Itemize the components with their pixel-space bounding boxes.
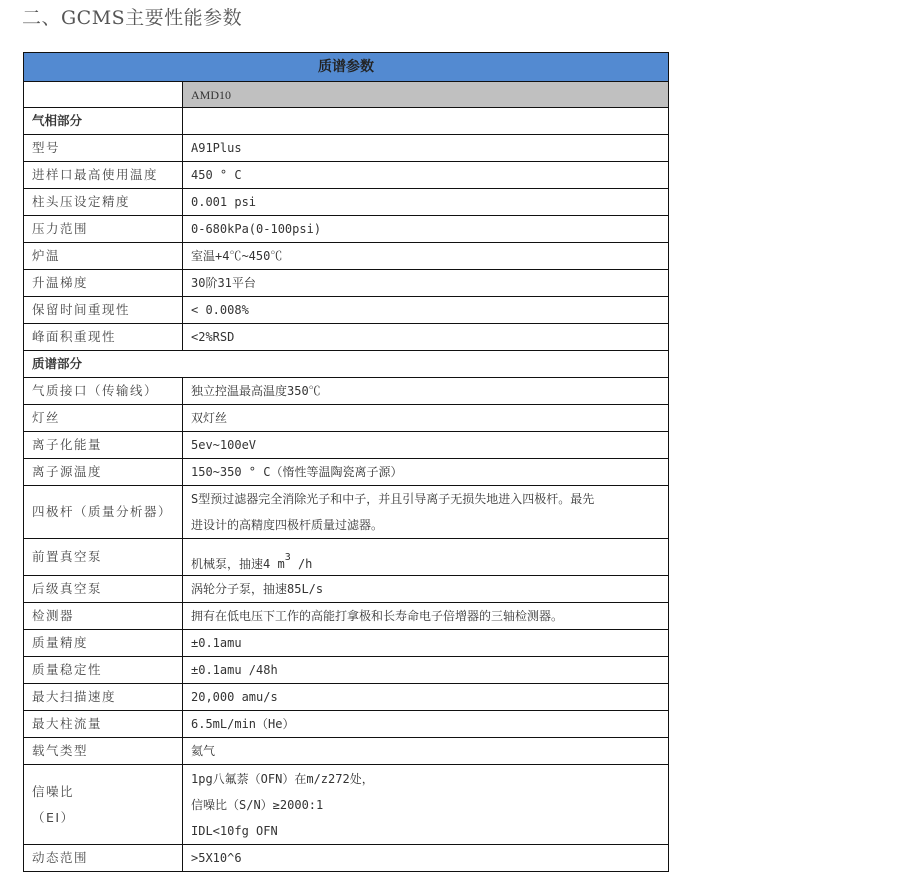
value-suffix: /h	[291, 557, 313, 571]
label-line: （EI）	[32, 805, 174, 831]
param-label: 信噪比 （EI）	[24, 765, 183, 845]
value-line: IDL<10fg OFN	[191, 818, 660, 844]
spec-table: 质谱参数 AMD10 气相部分 型号A91Plus 进样口最高使用温度450 °…	[23, 52, 669, 872]
param-label: 柱头压设定精度	[24, 189, 183, 216]
value-line: 信噪比（S/N）≥2000:1	[191, 792, 660, 818]
param-label: 保留时间重现性	[24, 297, 183, 324]
param-value: 150~350 ° C（惰性等温陶瓷离子源）	[183, 459, 669, 486]
table-header-row: 质谱参数	[24, 53, 669, 82]
param-value: 涡轮分子泵，抽速85L/s	[183, 576, 669, 603]
param-label: 升温梯度	[24, 270, 183, 297]
param-value: 1pg八氟萘（OFN）在m/z272处， 信噪比（S/N）≥2000:1 IDL…	[183, 765, 669, 845]
param-value: < 0.008%	[183, 297, 669, 324]
table-row: 检测器拥有在低电压下工作的高能打拿极和长寿命电子倍增器的三轴检测器。	[24, 603, 669, 630]
param-label: 离子化能量	[24, 432, 183, 459]
param-label: 质量精度	[24, 630, 183, 657]
param-value: 0.001 psi	[183, 189, 669, 216]
param-label: 前置真空泵	[24, 539, 183, 576]
param-label: 动态范围	[24, 845, 183, 872]
table-row: 炉温室温+4℃~450℃	[24, 243, 669, 270]
label-line: 信噪比	[32, 779, 174, 805]
param-value: S型预过滤器完全消除光子和中子，并且引导离子无损失地进入四极杆。最先 进设计的高…	[183, 486, 669, 539]
empty-cell	[183, 108, 669, 135]
table-row: 型号A91Plus	[24, 135, 669, 162]
param-label: 最大扫描速度	[24, 684, 183, 711]
param-label: 质量稳定性	[24, 657, 183, 684]
param-label: 压力范围	[24, 216, 183, 243]
table-row: 柱头压设定精度0.001 psi	[24, 189, 669, 216]
table-row: 升温梯度30阶31平台	[24, 270, 669, 297]
param-value: ±0.1amu /48h	[183, 657, 669, 684]
param-value: >5X10^6	[183, 845, 669, 872]
param-label: 进样口最高使用温度	[24, 162, 183, 189]
table-row: 离子源温度150~350 ° C（惰性等温陶瓷离子源）	[24, 459, 669, 486]
param-label: 型号	[24, 135, 183, 162]
param-value: 0-680kPa(0-100psi)	[183, 216, 669, 243]
table-row: 动态范围>5X10^6	[24, 845, 669, 872]
table-row: 前置真空泵 机械泵，抽速4 m3 /h	[24, 539, 669, 576]
param-value: 双灯丝	[183, 405, 669, 432]
param-label: 灯丝	[24, 405, 183, 432]
table-row: 峰面积重现性<2%RSD	[24, 324, 669, 351]
section-title: 质谱部分	[24, 351, 669, 378]
section-row-gc: 气相部分	[24, 108, 669, 135]
table-row: 保留时间重现性< 0.008%	[24, 297, 669, 324]
table-row: 质量精度±0.1amu	[24, 630, 669, 657]
param-value: 拥有在低电压下工作的高能打拿极和长寿命电子倍增器的三轴检测器。	[183, 603, 669, 630]
param-label: 四极杆（质量分析器）	[24, 486, 183, 539]
param-value: 机械泵，抽速4 m3 /h	[183, 539, 669, 576]
value-prefix: 机械泵，抽速4 m	[191, 557, 285, 571]
section-title: 气相部分	[24, 108, 183, 135]
model-row: AMD10	[24, 82, 669, 108]
page-title: 二、GCMS主要性能参数	[22, 4, 242, 32]
value-line: 1pg八氟萘（OFN）在m/z272处，	[191, 766, 660, 792]
section-row-ms: 质谱部分	[24, 351, 669, 378]
model-label	[24, 82, 183, 108]
param-value: A91Plus	[183, 135, 669, 162]
param-value: 6.5mL/min（He）	[183, 711, 669, 738]
table-row: 灯丝双灯丝	[24, 405, 669, 432]
param-value: 20,000 amu/s	[183, 684, 669, 711]
param-label: 检测器	[24, 603, 183, 630]
param-value: <2%RSD	[183, 324, 669, 351]
table-row: 最大扫描速度20,000 amu/s	[24, 684, 669, 711]
param-label: 后级真空泵	[24, 576, 183, 603]
param-label: 炉温	[24, 243, 183, 270]
table-row: 离子化能量5ev~100eV	[24, 432, 669, 459]
model-value: AMD10	[183, 82, 669, 108]
param-value: 氦气	[183, 738, 669, 765]
param-value: 室温+4℃~450℃	[183, 243, 669, 270]
param-label: 离子源温度	[24, 459, 183, 486]
param-label: 载气类型	[24, 738, 183, 765]
param-value: 30阶31平台	[183, 270, 669, 297]
table-row: 信噪比 （EI） 1pg八氟萘（OFN）在m/z272处， 信噪比（S/N）≥2…	[24, 765, 669, 845]
value-line: S型预过滤器完全消除光子和中子，并且引导离子无损失地进入四极杆。最先	[191, 486, 660, 512]
param-value: 450 ° C	[183, 162, 669, 189]
param-value: 独立控温最高温度350℃	[183, 378, 669, 405]
table-row: 载气类型氦气	[24, 738, 669, 765]
param-label: 峰面积重现性	[24, 324, 183, 351]
param-value: ±0.1amu	[183, 630, 669, 657]
table-header: 质谱参数	[24, 53, 669, 82]
table-row: 最大柱流量6.5mL/min（He）	[24, 711, 669, 738]
table-row: 气质接口（传输线）独立控温最高温度350℃	[24, 378, 669, 405]
table-row: 后级真空泵涡轮分子泵，抽速85L/s	[24, 576, 669, 603]
param-label: 气质接口（传输线）	[24, 378, 183, 405]
table-row: 进样口最高使用温度450 ° C	[24, 162, 669, 189]
param-value: 5ev~100eV	[183, 432, 669, 459]
param-label: 最大柱流量	[24, 711, 183, 738]
value-line: 进设计的高精度四极杆质量过滤器。	[191, 512, 660, 538]
table-row: 压力范围0-680kPa(0-100psi)	[24, 216, 669, 243]
table-row: 四极杆（质量分析器） S型预过滤器完全消除光子和中子，并且引导离子无损失地进入四…	[24, 486, 669, 539]
table-row: 质量稳定性±0.1amu /48h	[24, 657, 669, 684]
